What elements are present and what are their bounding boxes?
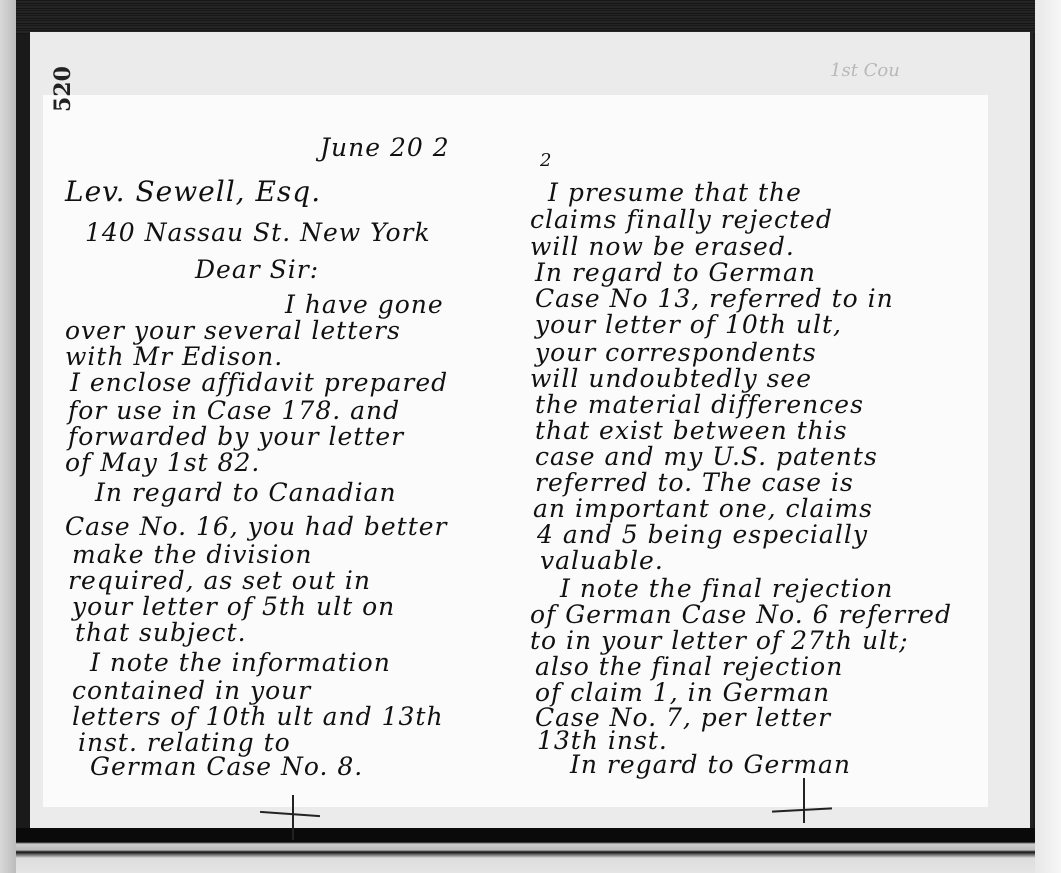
right-line: the material differences: [535, 390, 864, 419]
letter-date: June 20 2: [320, 133, 450, 162]
scanner-right-edge: [1035, 0, 1061, 873]
left-line: for use in Case 178. and: [68, 396, 400, 425]
left-line: letters of 10th ult and 13th: [72, 702, 444, 731]
left-line: contained in your: [72, 676, 311, 705]
right-line: I presume that the: [548, 178, 802, 207]
left-line: required, as set out in: [68, 566, 371, 595]
faint-corner-note: 1st Cou: [830, 60, 900, 81]
book-bottom-binding: [16, 828, 1035, 873]
right-line: I note the final rejection: [560, 574, 893, 603]
left-line: make the division: [72, 540, 313, 569]
right-line: also the final rejection: [535, 652, 843, 681]
left-line: I enclose affidavit prepared: [70, 368, 448, 397]
scanner-left-edge: [0, 0, 16, 873]
page-marker: 2: [540, 150, 552, 171]
left-line: I note the information: [90, 648, 391, 677]
recipient-name: Lev. Sewell, Esq.: [65, 175, 321, 208]
greeting: Dear Sir:: [195, 255, 319, 284]
right-line: to in your letter of 27th ult;: [530, 626, 909, 655]
page-number: 520: [50, 66, 76, 112]
right-line: valuable.: [540, 546, 664, 575]
right-line: In regard to German: [535, 258, 816, 287]
left-line: your letter of 5th ult on: [72, 592, 395, 621]
right-line: that exist between this: [535, 416, 848, 445]
registration-mark-left: [292, 795, 294, 840]
left-line: forwarded by your letter: [68, 422, 404, 451]
right-line: 4 and 5 being especially: [537, 520, 868, 549]
left-line: with Mr Edison.: [65, 342, 283, 371]
left-line: of May 1st 82.: [65, 448, 260, 477]
left-line: In regard to Canadian: [95, 478, 397, 507]
left-line: German Case No. 8.: [90, 752, 363, 781]
left-line: Case No. 16, you had better: [65, 512, 448, 541]
right-line: In regard to German: [570, 750, 851, 779]
right-line: your correspondents: [535, 338, 817, 367]
right-line: will now be erased.: [530, 232, 795, 261]
left-line: that subject.: [75, 618, 247, 647]
right-line: Case No 13, referred to in: [535, 284, 894, 313]
right-line: claims finally rejected: [530, 205, 833, 234]
recipient-address: 140 Nassau St. New York: [85, 218, 431, 247]
right-line: of German Case No. 6 referred: [530, 600, 952, 629]
right-line: your letter of 10th ult,: [535, 310, 842, 339]
right-line: referred to. The case is: [535, 468, 854, 497]
book-top-binding: [16, 0, 1035, 34]
left-line: I have gone: [285, 290, 444, 319]
right-line: will undoubtedly see: [530, 364, 812, 393]
left-line: over your several letters: [65, 316, 401, 345]
right-line: case and my U.S. patents: [535, 442, 878, 471]
right-line: an important one, claims: [533, 494, 873, 523]
registration-mark-right: [803, 778, 805, 823]
